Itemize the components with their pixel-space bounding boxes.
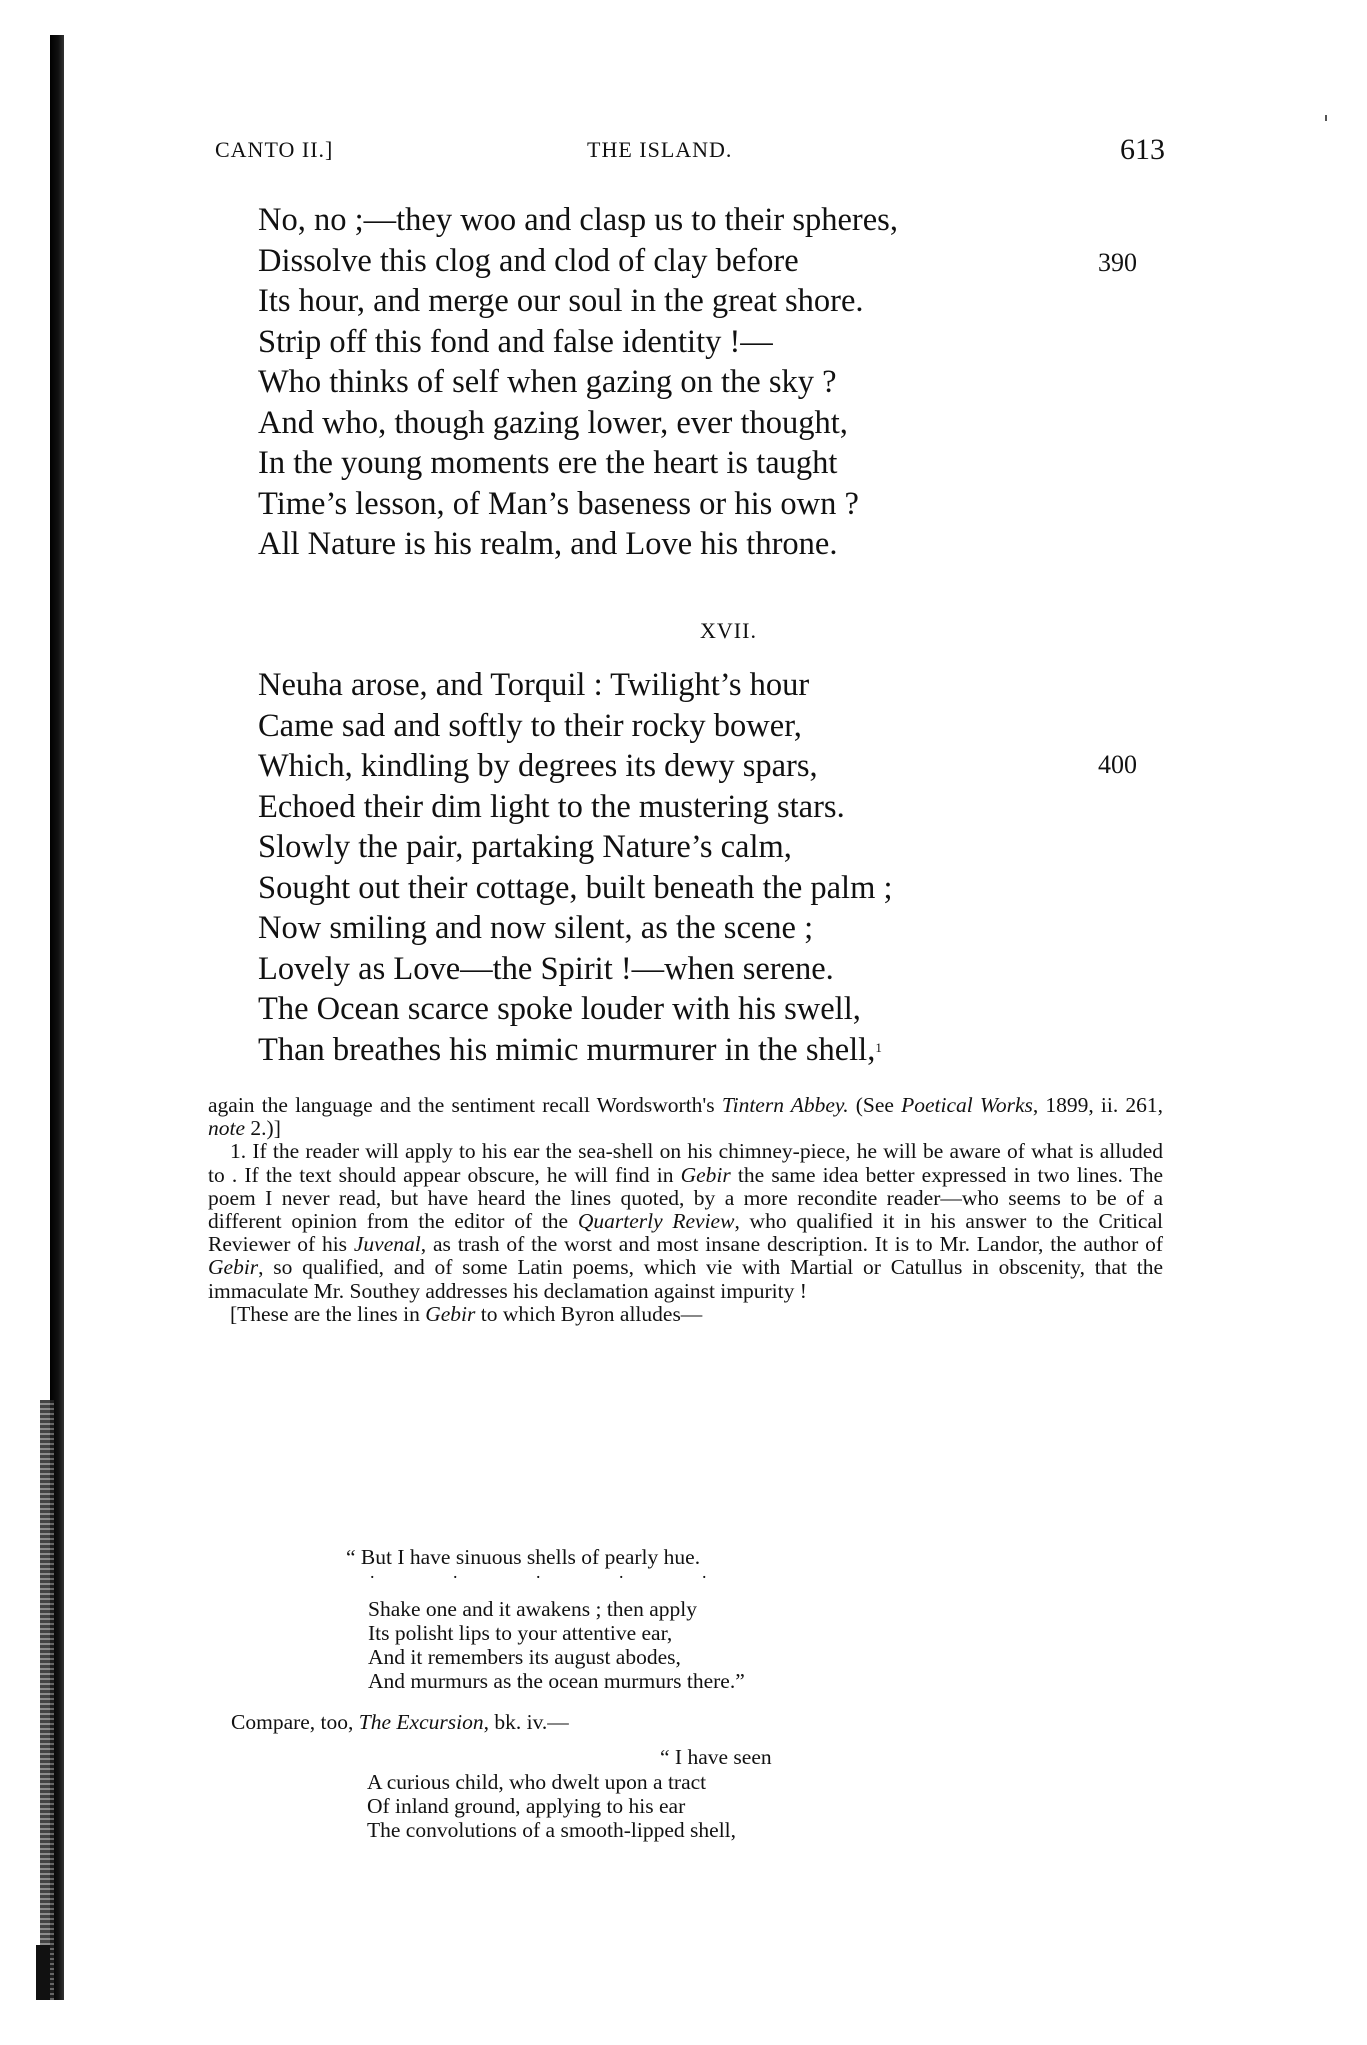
line-number: 400: [1098, 750, 1137, 780]
book-spine-edge: [40, 1400, 54, 2000]
footnote-ref[interactable]: 1: [875, 1040, 882, 1055]
excursion-quote-first: “ I have seen: [660, 1745, 772, 1769]
gebir-quote-lines: Shake one and it awakens ; then apply It…: [368, 1597, 745, 1693]
verse-line: In the young moments ere the heart is ta…: [258, 443, 898, 484]
verse-line: Echoed their dim light to the mustering …: [258, 787, 893, 828]
excursion-quote-lines: A curious child, who dwelt upon a tract …: [367, 1770, 736, 1842]
verse-line: The Ocean scarce spoke louder with his s…: [258, 989, 893, 1030]
scan-speck: [1325, 115, 1327, 121]
line-number: 390: [1098, 248, 1137, 278]
page-number: 613: [1120, 133, 1165, 167]
verse-line: Dissolve this clog and clod of clay befo…: [258, 241, 898, 282]
stanza-b: Neuha arose, and Torquil : Twilight’s ho…: [258, 665, 893, 1070]
verse-line: Now smiling and now silent, as the scene…: [258, 908, 893, 949]
verse-line: Came sad and softly to their rocky bower…: [258, 706, 893, 747]
footnotes: again the language and the sentiment rec…: [208, 1094, 1163, 1326]
verse-line: Its hour, and merge our soul in the grea…: [258, 281, 898, 322]
stanza-a: No, no ;—they woo and clasp us to their …: [258, 200, 898, 565]
verse-line: Who thinks of self when gazing on the sk…: [258, 362, 898, 403]
canto-label: CANTO II.]: [215, 137, 333, 163]
note-continuation: again the language and the sentiment rec…: [208, 1094, 1163, 1140]
verse-line: Slowly the pair, partaking Nature’s calm…: [258, 827, 893, 868]
ellipsis-dots: .....: [370, 1562, 785, 1583]
verse-line: Sought out their cottage, built beneath …: [258, 868, 893, 909]
verse-line: Lovely as Love—the Spirit !—when serene.: [258, 949, 893, 990]
verse-line: Strip off this fond and false identity !…: [258, 322, 898, 363]
section-number: XVII.: [0, 618, 1367, 644]
verse-line: No, no ;—they woo and clasp us to their …: [258, 200, 898, 241]
verse-line: Than breathes his mimic murmurer in the …: [258, 1030, 893, 1071]
verse-line: And who, though gazing lower, ever thoug…: [258, 403, 898, 444]
verse-line: Time’s lesson, of Man’s baseness or his …: [258, 484, 898, 525]
editor-note: [These are the lines in Gebir to which B…: [208, 1303, 1163, 1326]
running-header: CANTO II.] THE ISLAND. 613: [215, 133, 1165, 167]
verse-line: Neuha arose, and Torquil : Twilight’s ho…: [258, 665, 893, 706]
footnote-1: 1. If the reader will apply to his ear t…: [208, 1140, 1163, 1302]
verse-line: Which, kindling by degrees its dewy spar…: [258, 746, 893, 787]
poem-title: THE ISLAND.: [587, 137, 732, 163]
compare-line: Compare, too, The Excursion, bk. iv.—: [231, 1710, 569, 1734]
verse-line: All Nature is his realm, and Love his th…: [258, 524, 898, 565]
book-spine-foot: [36, 1945, 50, 2000]
